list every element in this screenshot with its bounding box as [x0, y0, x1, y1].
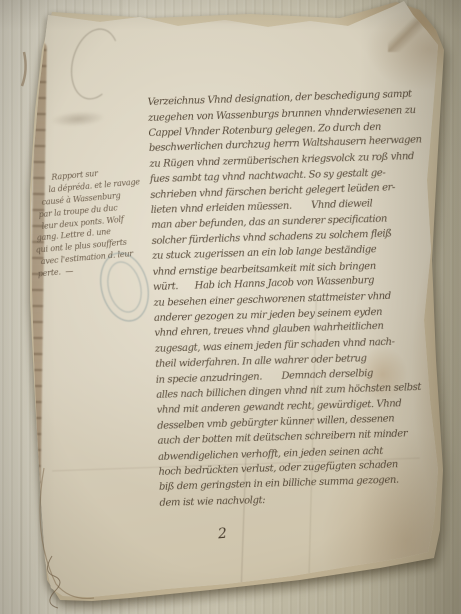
- manuscript-page: Verzeichnus Vhnd designation, der besche…: [0, 0, 461, 614]
- photo-of-manuscript: Verzeichnus Vhnd designation, der besche…: [0, 0, 461, 614]
- faded-ink-smudge: [52, 110, 105, 128]
- handwritten-body-text: Verzeichnus Vhnd designation, der besche…: [146, 40, 452, 511]
- page-number: 2: [217, 526, 227, 543]
- frayed-spine-edge: [27, 42, 47, 590]
- paper-stack: Verzeichnus Vhnd designation, der besche…: [0, 0, 461, 614]
- watermark-circle: [64, 24, 126, 105]
